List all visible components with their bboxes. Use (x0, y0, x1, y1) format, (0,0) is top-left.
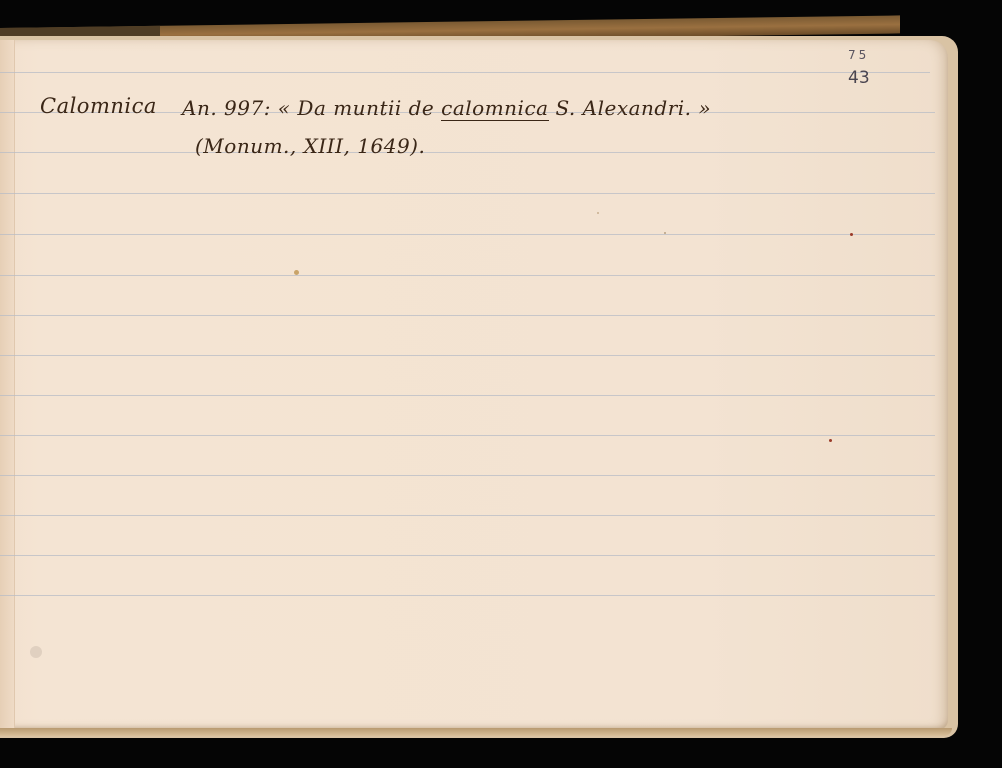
ruled-line (0, 475, 935, 476)
ruled-line (0, 315, 935, 316)
ruled-line (0, 152, 935, 153)
underlined-term: calomnica (441, 96, 548, 121)
ruled-line (0, 234, 935, 235)
entry-line-2: (Monum., XIII, 1649). (195, 134, 425, 158)
ruled-line (0, 555, 935, 556)
paper-stain (30, 646, 42, 658)
ruled-line (0, 595, 935, 596)
page-bottom-edge (0, 728, 952, 736)
struck-page-number: 75 (848, 48, 869, 62)
entry-heading: Calomnica (40, 94, 157, 118)
page-gutter (0, 40, 15, 730)
entry-citation-suffix: S. Alexandri. » (555, 96, 711, 120)
ruled-line (0, 72, 930, 73)
page-number: 43 (848, 68, 870, 88)
ruled-line (0, 355, 935, 356)
entry-line-1: An. 997: « Da muntii de calomnica S. Ale… (182, 96, 711, 120)
ruled-line (0, 395, 935, 396)
paper-speck (664, 232, 666, 234)
ruled-line (0, 515, 935, 516)
ruled-line (0, 193, 935, 194)
ruled-line (0, 435, 935, 436)
paper-speck (294, 270, 299, 275)
paper-speck (829, 439, 832, 442)
paper-speck (597, 212, 599, 214)
entry-citation-text: An. 997: « Da muntii de (182, 96, 434, 120)
paper-speck (850, 233, 853, 236)
ruled-line (0, 275, 935, 276)
notebook-page: 75 43 Calomnica An. 997: « Da muntii de … (0, 40, 948, 730)
